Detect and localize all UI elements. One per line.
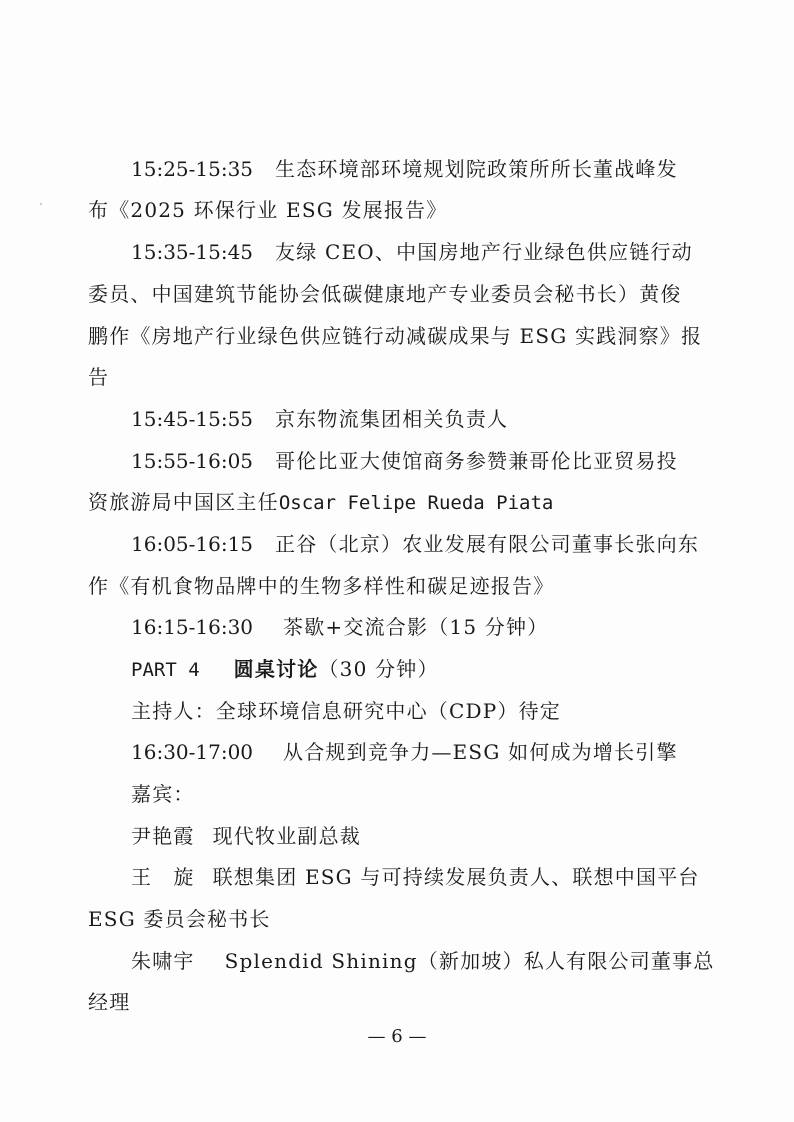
agenda-item-1: 15:25-15:35生态环境部环境规划院政策所所长董战峰发 — [131, 155, 678, 183]
agenda-item-3: 15:45-15:55京东物流集团相关负责人 — [131, 405, 508, 433]
guest-title: 联想集团 ESG 与可持续发展负责人、联想中国平台 — [213, 865, 700, 889]
agenda-text: 资旅游局中国区主任 — [88, 490, 279, 514]
session-title: 从合规到竞争力—ESG 如何成为增长引擎 — [283, 740, 678, 764]
agenda-time: 15:35-15:45 — [131, 240, 253, 264]
document-page: 15:25-15:35生态环境部环境规划院政策所所长董战峰发 布《2025 环保… — [0, 0, 794, 1122]
part-title: 圆桌讨论 — [234, 657, 319, 681]
agenda-text: 京东物流集团相关负责人 — [275, 407, 508, 431]
guest-3-cont: 经理 — [88, 988, 130, 1016]
guest-3: 朱啸宇Splendid Shining（新加坡）私人有限公司董事总 — [131, 947, 715, 975]
session-time: 16:30-17:00 — [131, 740, 253, 764]
guest-2-cont: ESG 委员会秘书长 — [88, 905, 271, 933]
scan-speck — [40, 203, 42, 205]
agenda-time: 15:55-16:05 — [131, 449, 253, 473]
agenda-time: 15:25-15:35 — [131, 157, 253, 181]
agenda-item-5: 16:05-16:15正谷（北京）农业发展有限公司董事长张向东 — [131, 530, 699, 558]
agenda-item-4: 15:55-16:05哥伦比亚大使馆商务参赞兼哥伦比亚贸易投 — [131, 447, 678, 475]
guests-label: 嘉宾： — [131, 780, 195, 808]
agenda-item-4-cont: 资旅游局中国区主任Oscar Felipe Rueda Piata — [88, 488, 553, 517]
guest-title: 现代牧业副总裁 — [213, 824, 361, 848]
page-number: — 6 — — [0, 1025, 794, 1049]
agenda-item-2-cont: 鹏作《房地产行业绿色供应链行动减碳成果与 ESG 实践洞察》报 — [88, 322, 702, 350]
agenda-text: 茶歇+交流合影（15 分钟） — [283, 615, 548, 639]
agenda-item-1-cont: 布《2025 环保行业 ESG 发展报告》 — [88, 196, 447, 224]
part-label: PART 4 — [131, 659, 200, 681]
speaker-name: Oscar Felipe Rueda Piata — [279, 492, 554, 514]
guest-name: 王 旋 — [131, 865, 195, 889]
guest-1: 尹艳霞现代牧业副总裁 — [131, 822, 361, 850]
guest-title: Splendid Shining（新加坡）私人有限公司董事总 — [225, 949, 715, 973]
session-line: 16:30-17:00从合规到竞争力—ESG 如何成为增长引擎 — [131, 738, 678, 766]
agenda-text: 哥伦比亚大使馆商务参赞兼哥伦比亚贸易投 — [275, 449, 678, 473]
agenda-text: 友绿 CEO、中国房地产行业绿色供应链行动 — [275, 240, 693, 264]
agenda-item-2: 15:35-15:45友绿 CEO、中国房地产行业绿色供应链行动 — [131, 238, 693, 266]
agenda-item-5-cont: 作《有机食物品牌中的生物多样性和碳足迹报告》 — [88, 572, 554, 600]
part-duration: （30 分钟） — [318, 657, 438, 681]
agenda-time: 16:05-16:15 — [131, 532, 253, 556]
host-line: 主持人：全球环境信息研究中心（CDP）待定 — [131, 697, 561, 725]
agenda-item-2-cont: 委员、中国建筑节能协会低碳健康地产专业委员会秘书长）黄俊 — [88, 280, 682, 308]
guest-name: 朱啸宇 — [131, 949, 195, 973]
agenda-item-6: 16:15-16:30茶歇+交流合影（15 分钟） — [131, 613, 548, 641]
guest-name: 尹艳霞 — [131, 824, 195, 848]
agenda-item-2-cont: 告 — [88, 363, 109, 391]
agenda-time: 16:15-16:30 — [131, 615, 253, 639]
guest-2: 王 旋联想集团 ESG 与可持续发展负责人、联想中国平台 — [131, 863, 700, 891]
agenda-text: 正谷（北京）农业发展有限公司董事长张向东 — [275, 532, 699, 556]
section-heading-part4: PART 4圆桌讨论（30 分钟） — [131, 655, 439, 684]
agenda-text: 生态环境部环境规划院政策所所长董战峰发 — [275, 157, 678, 181]
agenda-time: 15:45-15:55 — [131, 407, 253, 431]
